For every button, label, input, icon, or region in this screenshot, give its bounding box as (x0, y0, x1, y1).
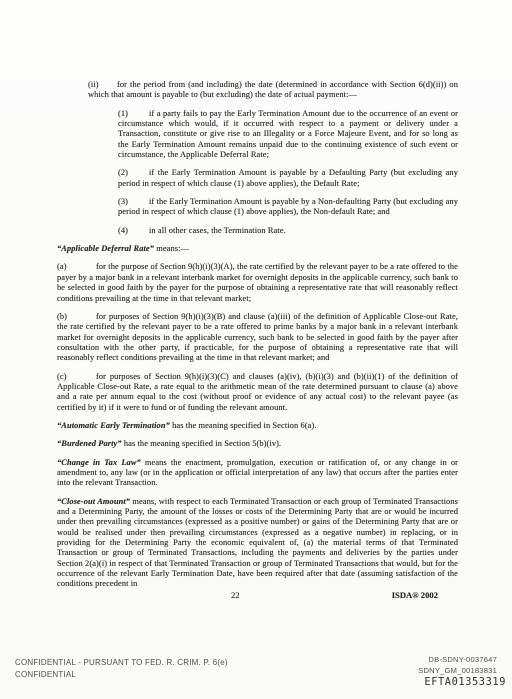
defined-term: “Change in Tax Law” (57, 458, 141, 467)
definition-change-in-tax-law: “Change in Tax Law” means the enactment,… (57, 458, 458, 489)
clause-ii-paragraph: (ii)for the period from (and including) … (88, 80, 458, 101)
adr-clause-c-label: (c) (57, 372, 96, 382)
definition-automatic-early-termination: “Automatic Early Termination” has the me… (57, 421, 458, 431)
sub-clause-4-text: in all other cases, the Termination Rate… (149, 226, 286, 235)
definition-heading-rest: means:— (154, 244, 189, 253)
sub-clause-2-text: if the Early Termination Amount is payab… (118, 168, 458, 187)
isda-copyright-mark: ISDA® 2002 (392, 590, 438, 600)
sub-clause-4-label: (4) (118, 226, 149, 236)
sub-clause-4-paragraph: (4)in all other cases, the Termination R… (118, 226, 458, 236)
adr-clause-a-label: (a) (57, 262, 96, 272)
sub-clause-3-text: if the Early Termination Amount is payab… (118, 197, 458, 216)
defined-term: “Applicable Deferral Rate” (57, 244, 154, 253)
sub-clause-1-paragraph: (1)if a party fails to pay the Early Ter… (118, 109, 458, 161)
definition-text: has the meaning specified in Section 5(b… (122, 439, 282, 448)
defined-term: “Close-out Amount” (57, 497, 130, 506)
page-number: 22 (231, 590, 240, 600)
production-number-stamp: DB-SDNY-0037647 SDNY_GM_00183831 EFTA013… (418, 655, 497, 687)
defined-term: “Automatic Early Termination” (57, 421, 170, 430)
adr-clause-b-label: (b) (57, 312, 96, 322)
adr-clause-c-text: for purposes of Section 9(h)(i)(3)(C) an… (57, 372, 458, 412)
definition-burdened-party: “Burdened Party” has the meaning specifi… (57, 439, 458, 449)
production-number-1: DB-SDNY-0037647 (418, 655, 497, 666)
definition-close-out-amount: “Close-out Amount” means, with respect t… (57, 497, 458, 590)
scanned-document-page: (ii)for the period from (and including) … (0, 0, 512, 699)
clause-ii-label: (ii) (88, 80, 117, 90)
sub-clause-1-label: (1) (118, 109, 149, 119)
definition-text: has the meaning specified in Section 6(a… (170, 421, 317, 430)
production-number-2: SDNY_GM_00183831 (418, 666, 497, 677)
confidential-stamp: CONFIDENTIAL - PURSUANT TO FED. R. CRIM.… (15, 657, 228, 680)
sub-clause-1-text: if a party fails to pay the Early Termin… (118, 109, 458, 159)
confidential-stamp-line-1: CONFIDENTIAL - PURSUANT TO FED. R. CRIM.… (15, 657, 228, 669)
confidential-stamp-line-2: CONFIDENTIAL (15, 669, 228, 681)
page-footer: 22 ISDA® 2002 (57, 590, 458, 604)
definition-heading-applicable-deferral-rate: “Applicable Deferral Rate” means:— (57, 244, 458, 254)
adr-clause-b-paragraph: (b)for purposes of Section 9(h)(i)(3)(B)… (57, 312, 458, 364)
adr-clause-b-text: for purposes of Section 9(h)(i)(3)(B) an… (57, 312, 458, 362)
document-body: (ii)for the period from (and including) … (57, 80, 458, 598)
sub-clause-2-paragraph: (2)if the Early Termination Amount is pa… (118, 168, 458, 189)
adr-clause-a-paragraph: (a)for the purpose of Section 9(h)(i)(3)… (57, 262, 458, 303)
definition-text: means, with respect to each Terminated T… (57, 497, 458, 589)
adr-clause-c-paragraph: (c)for purposes of Section 9(h)(i)(3)(C)… (57, 372, 458, 413)
clause-ii-text: for the period from (and including) the … (88, 80, 458, 99)
adr-clause-a-text: for the purpose of Section 9(h)(i)(3)(A)… (57, 262, 458, 302)
sub-clause-3-paragraph: (3)if the Early Termination Amount is pa… (118, 197, 458, 218)
bates-number-stamp: EFTA01353319 (418, 677, 506, 688)
sub-clause-2-label: (2) (118, 168, 149, 178)
defined-term: “Burdened Party” (57, 439, 122, 448)
sub-clause-3-label: (3) (118, 197, 149, 207)
